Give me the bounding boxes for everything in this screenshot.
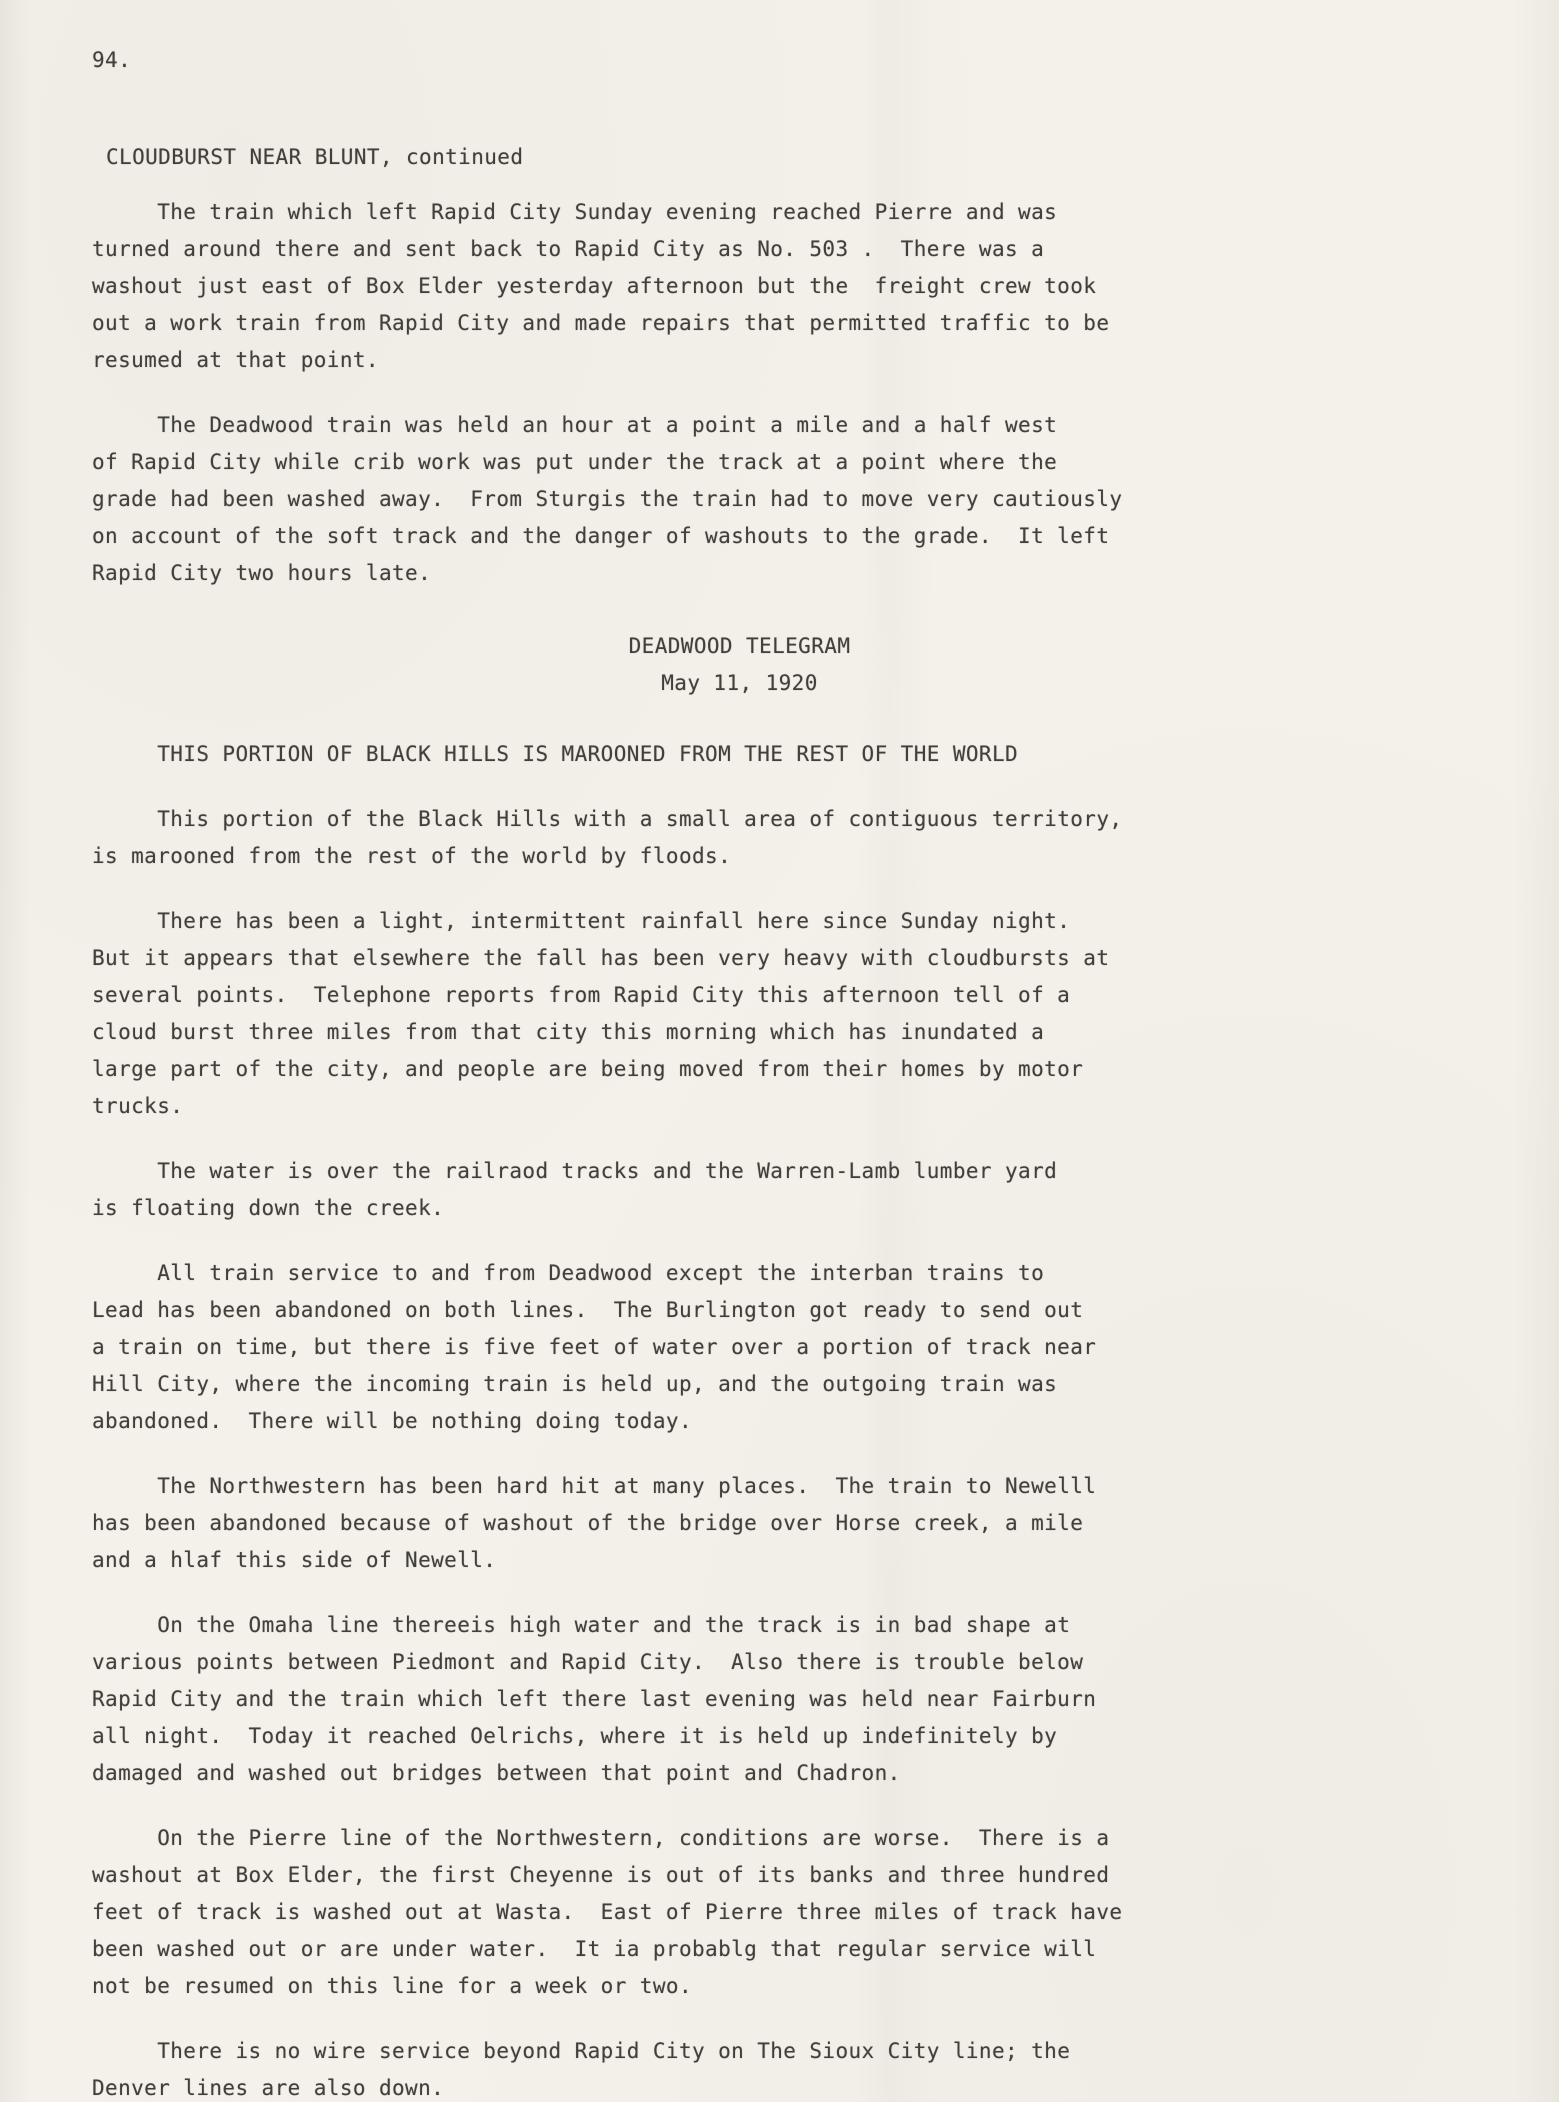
paragraph: The Deadwood train was held an hour at a… [92, 407, 1499, 592]
article-body: The train which left Rapid City Sunday e… [92, 194, 1499, 2102]
article-heading: CLOUDBURST NEAR BLUNT, continued [92, 139, 1499, 176]
paragraph: The Northwestern has been hard hit at ma… [92, 1468, 1499, 1579]
paragraph: On the Omaha line thereeis high water an… [92, 1607, 1499, 1792]
paragraph: There is no wire service beyond Rapid Ci… [92, 2033, 1499, 2102]
paragraph: The train which left Rapid City Sunday e… [92, 194, 1499, 379]
document-page: 94. CLOUDBURST NEAR BLUNT, continued The… [0, 0, 1559, 2102]
paragraph: THIS PORTION OF BLACK HILLS IS MAROONED … [92, 736, 1499, 773]
paragraph: On the Pierre line of the Northwestern, … [92, 1820, 1499, 2005]
centered-heading-block: DEADWOOD TELEGRAM May 11, 1920 [92, 628, 1499, 702]
page-number: 94. [92, 42, 1499, 79]
paragraph: There has been a light, intermittent rai… [92, 903, 1499, 1125]
paragraph: All train service to and from Deadwood e… [92, 1255, 1499, 1440]
paragraph: This portion of the Black Hills with a s… [92, 801, 1499, 875]
paragraph: The water is over the railraod tracks an… [92, 1153, 1499, 1227]
